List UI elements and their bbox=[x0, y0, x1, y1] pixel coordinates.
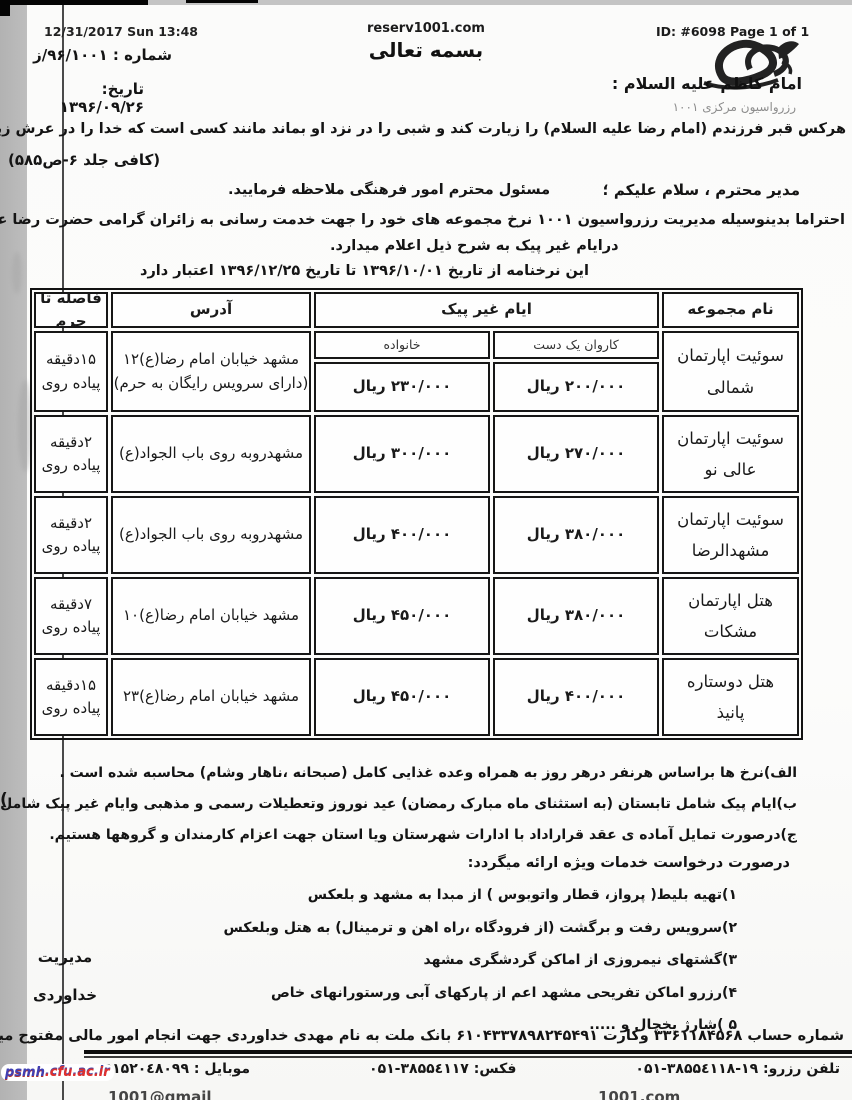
name-line: عالی نو bbox=[705, 454, 757, 485]
attention-line: مسئول محترم امور فرهنگی ملاحظه فرمایید. bbox=[228, 182, 550, 198]
hadith-line: هرکس قبر فرزندم (امام رضا علیه السلام) ر… bbox=[0, 121, 846, 137]
col-header-distance: فاصله تا حرم bbox=[34, 292, 108, 328]
row-address: مشهد خیابان امام رضا(ع)۲۳ bbox=[111, 658, 311, 736]
hadith-citation: (کافی جلد ۶-ص۵۸۵) bbox=[8, 151, 160, 169]
subcol-header-family: خانواده bbox=[314, 331, 490, 359]
name-line: سوئیت اپارتمان bbox=[677, 423, 784, 454]
address-line: (دارای سرویس رایگان به حرم) bbox=[114, 372, 309, 395]
mobile-label: موبایل : bbox=[194, 1061, 250, 1077]
name-line: مشهدالرضا bbox=[692, 535, 770, 566]
footer-rule-thin bbox=[84, 1056, 852, 1058]
price-family: ۴۵۰/۰۰۰ ریال bbox=[314, 658, 490, 736]
row-distance: ۱۵دقیقه پیاده روی bbox=[34, 331, 108, 412]
scan-edge-mark bbox=[0, 0, 10, 16]
phone-item: تلفن رزرو: ۰۵۱-۳۸۵۵٤۱۱۸-۱۹ bbox=[635, 1061, 840, 1077]
row-name: هتل دوستاره پانیذ bbox=[662, 658, 799, 736]
letter-date-label: تاریخ: bbox=[102, 80, 144, 98]
col-header-offpeak: ایام غیر پیک bbox=[314, 292, 659, 328]
note-be: ب)ایام پیک شامل تابستان (به استثنای ماه … bbox=[37, 789, 797, 820]
row-address: مشهد خیابان امام رضا(ع)۱۲ (دارای سرویس ر… bbox=[111, 331, 311, 412]
signature-name: خداوردی bbox=[30, 976, 100, 1014]
phone-label: تلفن رزرو: bbox=[763, 1061, 840, 1077]
note-jim: ج)درصورت تمایل آماده ی عقد قراراداد با ا… bbox=[37, 820, 797, 851]
row-address: مشهد خیابان امام رضا(ع)۱۰ bbox=[111, 577, 311, 655]
letter-number-label: شماره : bbox=[113, 46, 172, 64]
service-item: ۱)تهیه بلیط( پرواز، قطار واتوبوس ) از مب… bbox=[223, 879, 737, 912]
bank-account-line: شماره حساب ۳۳۶۱۱۸۴۵۶۸ وکارت ۶۱۰۴۳۳۷۸۹۸۲۴… bbox=[0, 1028, 844, 1044]
col-header-address: آدرس bbox=[111, 292, 311, 328]
name-line: مشکات bbox=[704, 616, 757, 647]
scanned-document: 12/31/2017 Sun 13:48 reserv1001.com بسمه… bbox=[0, 0, 852, 1100]
col-header-name: نام مجموعه bbox=[662, 292, 799, 328]
stamp-subtext: رزرواسیون مرکزی ۱۰۰۱ bbox=[673, 100, 796, 114]
price-caravan: ۳۸۰/۰۰۰ ریال bbox=[493, 496, 659, 574]
distance-line: پیاده روی bbox=[42, 372, 101, 395]
services-list: ۱)تهیه بلیط( پرواز، قطار واتوبوس ) از مب… bbox=[223, 879, 737, 1042]
scan-smudge bbox=[12, 252, 22, 294]
watermark-part1: psmh bbox=[5, 1065, 45, 1080]
mobile-item: موبایل : ۰۹۱۵۲۰٤۸۰۹۹ bbox=[95, 1061, 250, 1077]
fax-item: فکس: ۰۵۱-۳۸۵۵٤۱۱۷ bbox=[369, 1061, 516, 1077]
row-address: مشهدروبه روی باب الجواد(ع) bbox=[111, 415, 311, 493]
signature-block: مدیریت خداوردی bbox=[30, 938, 100, 1014]
salutation: مدیر محترم ، سلام علیکم ؛ bbox=[603, 181, 800, 199]
name-line: هتل اپارتمان bbox=[688, 585, 773, 616]
price-caravan: ۳۸۰/۰۰۰ ریال bbox=[493, 577, 659, 655]
row-name: سوئیت اپارتمان مشهدالرضا bbox=[662, 496, 799, 574]
clipped-email-fragment: 1001@gmail bbox=[108, 1088, 212, 1100]
row-distance: ۱۵دقیقه پیاده روی bbox=[34, 658, 108, 736]
contact-strip: تلفن رزرو: ۰۵۱-۳۸۵۵٤۱۱۸-۱۹ فکس: ۰۵۱-۳۸۵۵… bbox=[95, 1061, 840, 1077]
stray-pen-mark: ( bbox=[0, 790, 8, 810]
letter-date-line: تاریخ: ۱۳۹۶/۰۹/۲۶ bbox=[14, 80, 144, 116]
row-distance: ۲دقیقه پیاده روی bbox=[34, 415, 108, 493]
ink-stamp-icon bbox=[692, 36, 804, 94]
distance-line: ۲دقیقه bbox=[50, 512, 92, 535]
price-table: نام مجموعه ایام غیر پیک آدرس فاصله تا حر… bbox=[30, 288, 803, 740]
letter-date-value: ۱۳۹۶/۰۹/۲۶ bbox=[60, 98, 144, 116]
distance-line: پیاده روی bbox=[42, 535, 101, 558]
note-alef: الف)نرخ ها براساس هرنفر درهر روز به همرا… bbox=[37, 758, 797, 789]
scan-edge-mark bbox=[186, 0, 258, 3]
phone-number: ۰۵۱-۳۸۵۵٤۱۱۸-۱۹ bbox=[635, 1061, 758, 1077]
service-item: ۴)رزرو اماکن تفریحی مشهد اعم از پارکهای … bbox=[223, 977, 737, 1010]
price-caravan: ۲۷۰/۰۰۰ ریال bbox=[493, 415, 659, 493]
body-line-1: احتراما بدینوسیله مدیریت رزرواسیون ۱۰۰۱ … bbox=[0, 212, 845, 228]
price-family: ۲۳۰/۰۰۰ ریال bbox=[314, 362, 490, 412]
row-distance: ۷دقیقه پیاده روی bbox=[34, 577, 108, 655]
distance-line: ۱۵دقیقه bbox=[46, 674, 96, 697]
footer-rule-thick bbox=[84, 1050, 852, 1054]
row-address: مشهدروبه روی باب الجواد(ع) bbox=[111, 496, 311, 574]
subcol-header-caravan: کاروان یک دست bbox=[493, 331, 659, 359]
price-caravan: ۲۰۰/۰۰۰ ریال bbox=[493, 362, 659, 412]
letter-number-line: شماره : ز/۹۶/۱۰۰۱ bbox=[28, 46, 172, 64]
distance-line: ۱۵دقیقه bbox=[46, 348, 96, 371]
distance-line: پیاده روی bbox=[42, 616, 101, 639]
watermark-part2: .cfu.ac.ir bbox=[45, 1065, 110, 1080]
distance-line: ۲دقیقه bbox=[50, 431, 92, 454]
scan-edge-mark bbox=[0, 0, 148, 5]
distance-line: ۷دقیقه bbox=[50, 593, 92, 616]
price-family: ۳۰۰/۰۰۰ ریال bbox=[314, 415, 490, 493]
fax-label: فکس: bbox=[474, 1061, 517, 1077]
validity-line: این نرخنامه از تاریخ ۱۳۹۶/۱۰/۰۱ تا تاریخ… bbox=[140, 263, 589, 279]
distance-line: پیاده روی bbox=[42, 697, 101, 720]
address-line: مشهد خیابان امام رضا(ع)۱۲ bbox=[123, 348, 299, 371]
price-caravan: ۴۰۰/۰۰۰ ریال bbox=[493, 658, 659, 736]
name-line: شمالی bbox=[707, 372, 754, 403]
services-intro: درصورت درخواست خدمات ویژه ارائه میگردد: bbox=[468, 855, 790, 871]
service-item: ۳)گشتهای نیمروزی از اماکن گردشگری مشهد bbox=[223, 944, 737, 977]
fax-number: ۰۵۱-۳۸۵۵٤۱۱۷ bbox=[369, 1061, 469, 1077]
site-watermark: psmh.cfu.ac.ir bbox=[1, 1064, 114, 1081]
service-item: ۲)سرویس رفت و برگشت (از فرودگاه ،راه اهن… bbox=[223, 912, 737, 945]
row-name: سوئیت اپارتمان عالی نو bbox=[662, 415, 799, 493]
row-name: هتل اپارتمان مشکات bbox=[662, 577, 799, 655]
notes-block: الف)نرخ ها براساس هرنفر درهر روز به همرا… bbox=[37, 758, 797, 851]
name-line: سوئیت اپارتمان bbox=[677, 504, 784, 535]
body-line-2: درایام غیر پیک به شرح ذیل اعلام میدارد. bbox=[330, 238, 619, 254]
signature-role: مدیریت bbox=[30, 938, 100, 976]
row-distance: ۲دقیقه پیاده روی bbox=[34, 496, 108, 574]
name-line: پانیذ bbox=[717, 697, 745, 728]
row-name: سوئیت اپارتمان شمالی bbox=[662, 331, 799, 412]
price-family: ۴۰۰/۰۰۰ ریال bbox=[314, 496, 490, 574]
distance-line: پیاده روی bbox=[42, 454, 101, 477]
name-line: سوئیت اپارتمان bbox=[677, 340, 784, 371]
clipped-url-fragment: 1001.com bbox=[598, 1088, 680, 1100]
letter-number-value: ز/۹۶/۱۰۰۱ bbox=[33, 46, 108, 64]
name-line: هتل دوستاره bbox=[687, 666, 774, 697]
price-family: ۴۵۰/۰۰۰ ریال bbox=[314, 577, 490, 655]
